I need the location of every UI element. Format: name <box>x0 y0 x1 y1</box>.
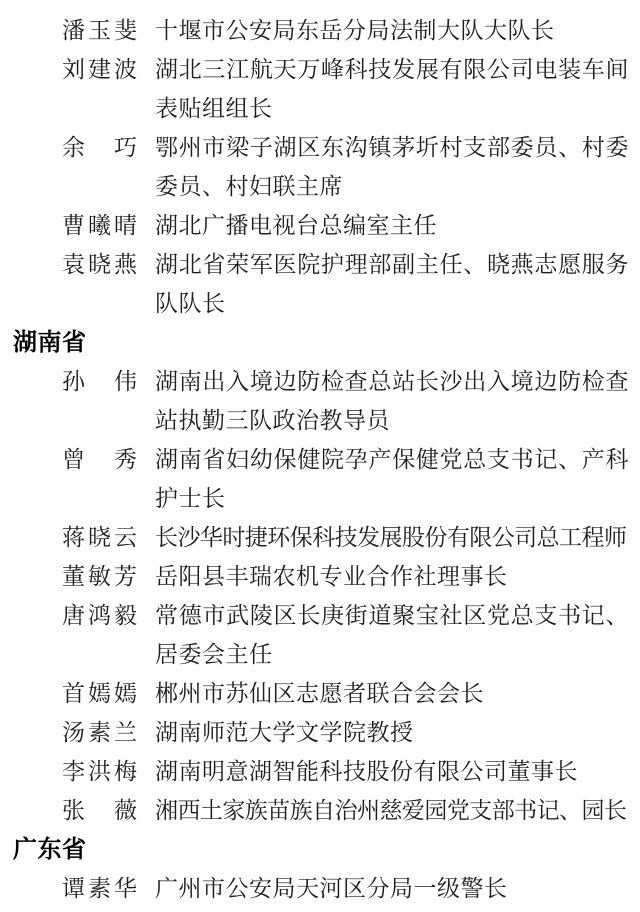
province-header: 湖南省 <box>13 323 640 362</box>
honoree-title-line: 护士长 <box>155 479 629 518</box>
honoree-title: 湖南明意湖智能科技股份有限公司董事长 <box>155 752 629 791</box>
honoree-title-line: 鄂州市梁子湖区东沟镇茅圻村支部委员、村委 <box>155 128 629 167</box>
honoree-title-line: 湖北三江航天万峰科技发展有限公司电装车间 <box>155 50 629 89</box>
honoree-title: 郴州市苏仙区志愿者联合会会长 <box>155 674 629 713</box>
honoree-title-line: 湖南师范大学文学院教授 <box>155 713 629 752</box>
honoree-name: 孙 伟 <box>62 362 137 401</box>
honoree-row: 李洪梅 湖南明意湖智能科技股份有限公司董事长 <box>0 752 640 791</box>
honoree-row: 刘建波 湖北三江航天万峰科技发展有限公司电装车间表贴组组长 <box>0 50 640 128</box>
honoree-title: 岳阳县丰瑞农机专业合作社理事长 <box>155 557 629 596</box>
honoree-title: 湖北省荣军医院护理部副主任、晓燕志愿服务队队长 <box>155 245 629 323</box>
document-body: { "colors": { "background": "#ffffff", "… <box>0 0 640 912</box>
honoree-title: 湖南省妇幼保健院孕产保健党总支书记、产科护士长 <box>155 440 629 518</box>
honoree-name: 张 薇 <box>62 791 137 830</box>
honoree-title: 常德市武陵区长庚街道聚宝社区党总支书记、居委会主任 <box>155 596 629 674</box>
honoree-title: 湖北三江航天万峰科技发展有限公司电装车间表贴组组长 <box>155 50 629 128</box>
honoree-name: 袁晓燕 <box>62 245 137 284</box>
honoree-name: 刘建波 <box>62 50 137 89</box>
honoree-name: 余 巧 <box>62 128 137 167</box>
honoree-title: 湖南师范大学文学院教授 <box>155 713 629 752</box>
honoree-title: 十堰市公安局东岳分局法制大队大队长 <box>155 11 629 50</box>
honoree-title-line: 湖南明意湖智能科技股份有限公司董事长 <box>155 752 629 791</box>
honoree-title-line: 表贴组组长 <box>155 89 629 128</box>
honoree-name: 潘玉斐 <box>62 11 137 50</box>
honoree-title-line: 湘西土家族苗族自治州慈爱园党支部书记、园长 <box>155 791 629 830</box>
honoree-row: 孙 伟 湖南出入境边防检查总站长沙出入境边防检查站执勤三队政治教导员 <box>0 362 640 440</box>
honoree-title: 湖北广播电视台总编室主任 <box>155 206 629 245</box>
honoree-name: 谭素华 <box>62 869 137 908</box>
honoree-name: 唐鸿毅 <box>62 596 137 635</box>
honoree-name: 李洪梅 <box>62 752 137 791</box>
honoree-row: 蒋晓云 长沙华时捷环保科技发展股份有限公司总工程师 <box>0 518 640 557</box>
honoree-title-line: 湖南出入境边防检查总站长沙出入境边防检查 <box>155 362 629 401</box>
province-header: 广东省 <box>13 830 640 869</box>
honoree-row: 袁晓燕 湖北省荣军医院护理部副主任、晓燕志愿服务队队长 <box>0 245 640 323</box>
honoree-name: 首嫣嫣 <box>62 674 137 713</box>
honoree-title-line: 湖北省荣军医院护理部副主任、晓燕志愿服务 <box>155 245 629 284</box>
honoree-title-line: 队队长 <box>155 284 629 323</box>
honoree-row: 潘玉斐 十堰市公安局东岳分局法制大队大队长 <box>0 11 640 50</box>
honoree-title: 鄂州市梁子湖区东沟镇茅圻村支部委员、村委委员、村妇联主席 <box>155 128 629 206</box>
honoree-title: 广州市公安局天河区分局一级警长 <box>155 869 629 908</box>
honoree-row: 张 薇 湘西土家族苗族自治州慈爱园党支部书记、园长 <box>0 791 640 830</box>
honoree-row: 汤素兰 湖南师范大学文学院教授 <box>0 713 640 752</box>
honoree-row: 曾 秀 湖南省妇幼保健院孕产保健党总支书记、产科护士长 <box>0 440 640 518</box>
honoree-title-line: 居委会主任 <box>155 635 629 674</box>
honoree-title-line: 郴州市苏仙区志愿者联合会会长 <box>155 674 629 713</box>
honoree-title-line: 广州市公安局天河区分局一级警长 <box>155 869 629 908</box>
honoree-title-line: 站执勤三队政治教导员 <box>155 401 629 440</box>
honoree-title-line: 岳阳县丰瑞农机专业合作社理事长 <box>155 557 629 596</box>
honoree-row: 董敏芳 岳阳县丰瑞农机专业合作社理事长 <box>0 557 640 596</box>
honoree-row: 余 巧 鄂州市梁子湖区东沟镇茅圻村支部委员、村委委员、村妇联主席 <box>0 128 640 206</box>
honoree-title-line: 长沙华时捷环保科技发展股份有限公司总工程师 <box>155 518 629 557</box>
honoree-title-line: 湖北广播电视台总编室主任 <box>155 206 629 245</box>
honoree-title: 长沙华时捷环保科技发展股份有限公司总工程师 <box>155 518 629 557</box>
document-page: 潘玉斐 十堰市公安局东岳分局法制大队大队长 刘建波 湖北三江航天万峰科技发展有限… <box>0 0 640 912</box>
honoree-row: 谭素华 广州市公安局天河区分局一级警长 <box>0 869 640 908</box>
honoree-row: 曹曦晴 湖北广播电视台总编室主任 <box>0 206 640 245</box>
honoree-title: 湖南出入境边防检查总站长沙出入境边防检查站执勤三队政治教导员 <box>155 362 629 440</box>
honoree-title-line: 十堰市公安局东岳分局法制大队大队长 <box>155 11 629 50</box>
honoree-row: 首嫣嫣 郴州市苏仙区志愿者联合会会长 <box>0 674 640 713</box>
honoree-title-line: 委员、村妇联主席 <box>155 167 629 206</box>
honoree-name: 董敏芳 <box>62 557 137 596</box>
honoree-name: 曹曦晴 <box>62 206 137 245</box>
honoree-row: 唐鸿毅 常德市武陵区长庚街道聚宝社区党总支书记、居委会主任 <box>0 596 640 674</box>
honoree-title-line: 常德市武陵区长庚街道聚宝社区党总支书记、 <box>155 596 629 635</box>
honoree-name: 蒋晓云 <box>62 518 137 557</box>
honoree-name: 曾 秀 <box>62 440 137 479</box>
honoree-title: 湘西土家族苗族自治州慈爱园党支部书记、园长 <box>155 791 629 830</box>
honoree-title-line: 湖南省妇幼保健院孕产保健党总支书记、产科 <box>155 440 629 479</box>
honoree-name: 汤素兰 <box>62 713 137 752</box>
honor-roll-list: 潘玉斐 十堰市公安局东岳分局法制大队大队长 刘建波 湖北三江航天万峰科技发展有限… <box>0 11 640 908</box>
